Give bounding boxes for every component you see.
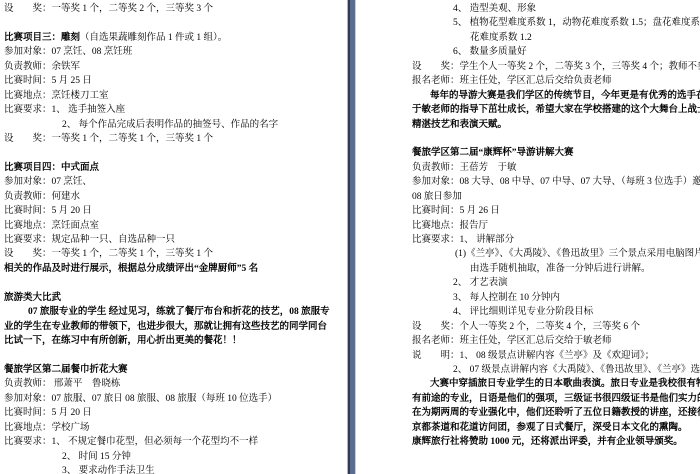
doc-line: 2、 07 级景点讲解内容《大禹陵》、《鲁迅故里》、《兰亭》选一 [357,363,700,377]
doc-line-blank [0,146,346,160]
doc-line-blank [357,132,700,146]
doc-line: 参加对象：07 烹饪、08 烹饪班 [0,45,346,59]
doc-line: 4、 评比细则详见专业分阶段目标 [357,305,700,319]
doc-line: 07 旅服专业的学生 经过见习，练就了餐厅布台和折花的技艺，08 旅服专 [0,305,346,319]
doc-line: 比赛要求：1、 讲解部分 [357,233,700,247]
doc-line: 相关的作品及时进行展示，根据总分成绩评出“金牌厨师”5 名 [0,262,346,276]
doc-line: 设 奖：一等奖 1 个，二等奖 1 个，三等奖 1 个 [0,247,346,261]
doc-line: 参加对象：08 大导、08 中导、07 中导、07 大导、（每班 3 位选手）邀… [357,175,700,189]
doc-line: 每年的导游大赛是我们学区的传统节目，今年更是有优秀的选手在王蓓芳、 [357,89,700,103]
doc-line: 比赛地点：烹饪楼刀工室 [0,89,346,103]
doc-line: 报名老师：班主任处，学区汇总后交给负责老师 [357,74,700,88]
doc-line: 比赛要求：1、 不规定餐巾花型，但必须每一个花型均不一样 [0,435,346,449]
section-heading: 比赛项目四：中式面点 [0,161,346,175]
doc-line: 比赛地点：学校广场 [0,421,346,435]
doc-line: 6、 数量多质量好 [357,45,700,59]
section-heading: 旅游类大比武 [0,291,346,305]
doc-line: 说 明：1、 08 级景点讲解内容《兰亭》及《欢迎词》； [357,349,700,363]
doc-line: 负责教师：何建水 [0,190,346,204]
doc-line-blank [0,349,346,363]
doc-line: 3、 要求动作手法卫生 [0,464,346,474]
doc-line: 3、 每人控制在 10 分钟内 [357,291,700,305]
doc-line: 有前途的专业，日语是他们的强项，三级证书很四级证书是他们实力的证明， [357,392,700,406]
doc-line-blank [0,16,346,30]
page-left[interactable]: 设 奖：一等奖 1 个，二等奖 2 个，三等奖 3 个 比赛项目三：雕刻（自选果… [0,2,346,474]
doc-line: 报名老师：班主任处，学区汇总后交给于敏老师 [357,334,700,348]
doc-line: 大赛中穿插旅日专业学生的日本歌曲表演。旅日专业是我校很有特色、很 [357,377,700,391]
doc-line: 负责教师：余铁军 [0,60,346,74]
doc-line: 京都茶道和花道访问团，参观了日式餐厅，深受日本文化的熏陶。 [357,421,700,435]
doc-line: 精湛技艺和表演天赋。 [357,118,700,132]
doc-line: 负责教师： 邢萧平 鲁晓栋 [0,377,346,391]
doc-line-blank [0,276,346,290]
doc-line: 设 奖：一等奖 1 个，二等奖 2 个，三等奖 3 个 [0,2,346,16]
doc-line: 2、 时间 15 分钟 [0,450,346,464]
section-heading: 餐旅学区第二届餐巾折花大赛 [0,363,346,377]
doc-line: 比赛项目三：雕刻（自选果蔬雕刻作品 1 件或 1 组）。 [0,31,346,45]
page-divider [346,0,357,474]
doc-line: 负责教师：王蓓芳 于敏 [357,161,700,175]
doc-line: 参加对象：07 烹饪、 [0,175,346,189]
doc-line: 设 奖：学生个人一等奖 2 个，二等奖 3 个，三等奖 4 个；教师不参奖 [357,60,700,74]
doc-line: 设 奖：个人一等奖 2 个，二等奖 4 个，三等奖 6 个 [357,320,700,334]
section-heading: 比赛项目三：雕刻 [4,33,80,43]
doc-line: 业的学生在专业教师的带领下，也进步很大，那就让拥有这些技艺的同学同台 [0,320,346,334]
doc-line: 康辉旅行社将赞助 1000 元，还将派出评委，并有企业领导颁奖。 [357,435,700,449]
doc-line: 在为期两周的专业强化中，他们还聆听了五位日籍教授的讲座，还接待了日本 [357,406,700,420]
doc-line: 比赛地点：烹饪面点室 [0,219,346,233]
doc-line: 比赛要求：1、 选手抽签入座 [0,103,346,117]
doc-line: 于敏老师的指导下茁壮成长，希望大家在学校搭建的这个大舞台上战士导游的 [357,103,700,117]
doc-line: 08 旅日参加 [357,190,700,204]
section-heading: 餐旅学区第二届“康辉杯”导游讲解大赛 [357,146,700,160]
page-right[interactable]: 4、 造型美观、形象 5、 植物花型难度系数 1，动物花难度系数 1.5；盘花难… [357,2,700,450]
doc-line: 4、 造型美观、形象 [357,2,700,16]
doc-line: 比赛时间：5 月 20 日 [0,406,346,420]
doc-line: 比试一下，在练习中有所创新，用心折出更美的餐花！！ [0,334,346,348]
doc-line: (1)《兰亭》、《大禹陵》、《鲁迅故里》三个景点采用电脑图片的展示， [357,247,700,261]
doc-line: 花难度系数 1.2 [357,31,700,45]
doc-line: 比赛时间：5 月 26 日 [357,204,700,218]
doc-line: 由选手随机抽取，准备一分钟后进行讲解。 [357,262,700,276]
doc-line: 2、 每个作品完成后表明作品的抽签号、作品的名字 [0,118,346,132]
document-view: 设 奖：一等奖 1 个，二等奖 2 个，三等奖 3 个 比赛项目三：雕刻（自选果… [0,0,700,474]
doc-line-rest: （自选果蔬雕刻作品 1 件或 1 组）。 [80,33,227,43]
doc-line: 比赛要求：规定品种一只、自选品种一只 [0,233,346,247]
doc-line: 参加对象：07 旅服、07 旅日 08 旅服、08 旅服（每班 10 位选手） [0,392,346,406]
doc-line: 设 奖：一等奖 1 个，二等奖 1 个，三等奖 1 个 [0,132,346,146]
doc-line: 5、 植物花型难度系数 1，动物花难度系数 1.5；盘花难度系数 1，杯 [357,16,700,30]
doc-line: 比赛时间：5 月 20 日 [0,204,346,218]
doc-line: 2、 才艺表演 [357,276,700,290]
doc-line: 比赛时间：5 月 25 日 [0,74,346,88]
doc-line: 比赛地点：报告厅 [357,219,700,233]
